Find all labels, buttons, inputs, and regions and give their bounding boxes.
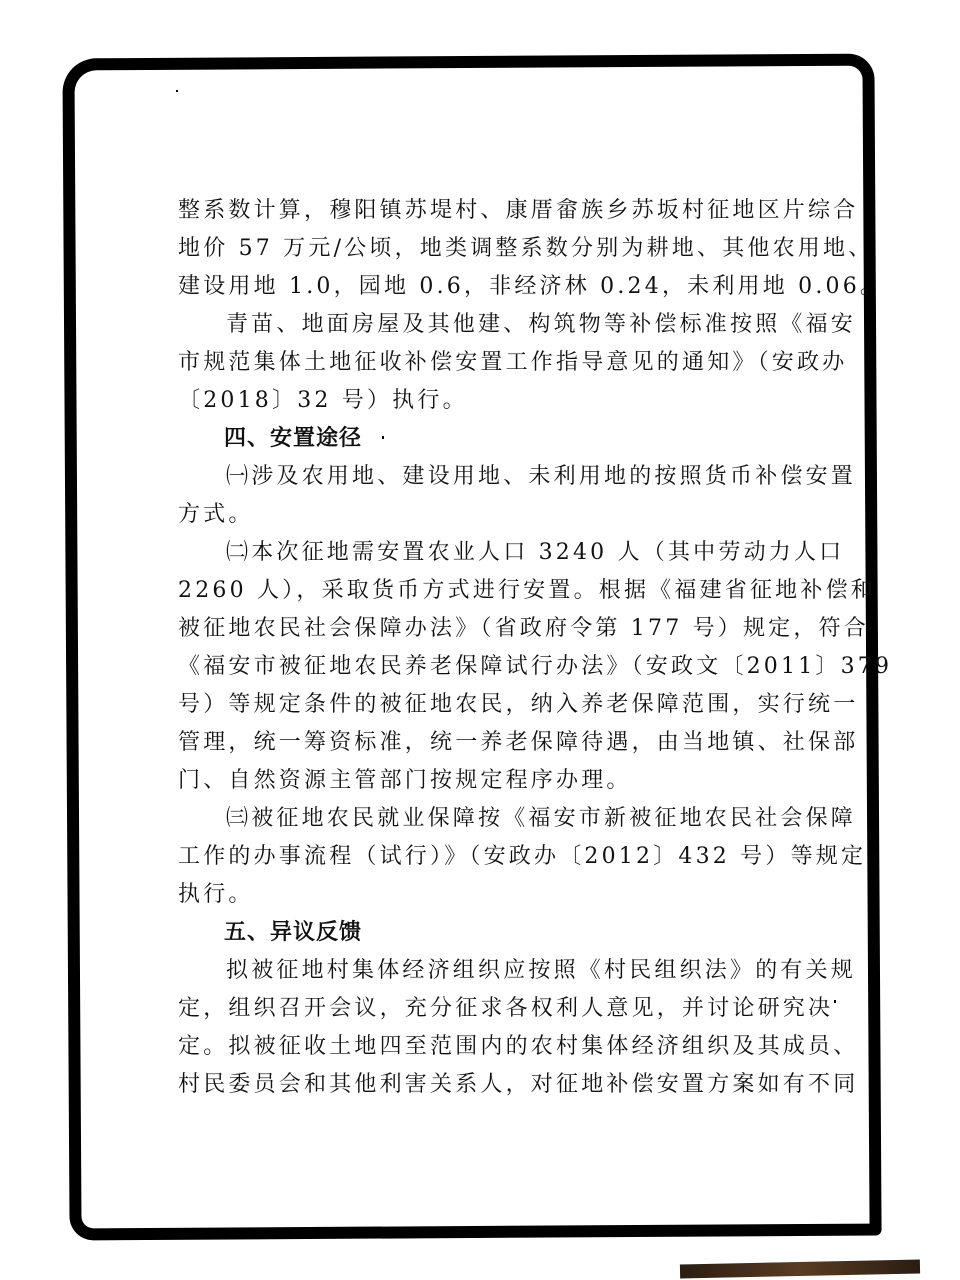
scan-speck xyxy=(834,1000,836,1003)
text-line: 工作的办事流程（试行）》（安政办〔2012〕432 号）等规定 xyxy=(178,838,828,876)
list-item-3: ㈢被征地农民就业保障按《福安市新被征地农民社会保障 xyxy=(178,800,828,838)
text-line: 管理，统一筹资标准，统一养老保障待遇，由当地镇、社保部 xyxy=(178,724,828,762)
text-line: 定，组织召开会议，充分征求各权利人意见，并讨论研究决 xyxy=(178,990,828,1028)
text-line: 《福安市被征地农民养老保障试行办法》（安政文〔2011〕379 xyxy=(178,648,828,686)
text-line: 方式。 xyxy=(178,496,828,534)
section-heading-objection-feedback: 五、异议反馈 xyxy=(178,914,828,952)
text-line: 〔2018〕32 号）执行。 xyxy=(178,382,828,420)
scan-speck xyxy=(176,90,178,92)
text-line: 门、自然资源主管部门按规定程序办理。 xyxy=(178,762,828,800)
text-line: 整系数计算，穆阳镇苏堤村、康厝畲族乡苏坂村征地区片综合 xyxy=(178,192,828,230)
text-line: 被征地农民社会保障办法》（省政府令第 177 号）规定，符合 xyxy=(178,610,828,648)
text-line: 建设用地 1.0，园地 0.6，非经济林 0.24，未利用地 0.06。 xyxy=(178,268,828,306)
text-line: 执行。 xyxy=(178,876,828,914)
document-body: 整系数计算，穆阳镇苏堤村、康厝畲族乡苏坂村征地区片综合 地价 57 万元/公顷，… xyxy=(178,192,828,1104)
list-item-1: ㈠涉及农用地、建设用地、未利用地的按照货币补偿安置 xyxy=(178,458,828,496)
text-line: 村民委员会和其他利害关系人，对征地补偿安置方案如有不同 xyxy=(178,1066,828,1104)
list-item-2: ㈡本次征地需安置农业人口 3240 人（其中劳动力人口 xyxy=(178,534,828,572)
text-line: 地价 57 万元/公顷，地类调整系数分别为耕地、其他农用地、 xyxy=(178,230,828,268)
paragraph-start: 拟被征地村集体经济组织应按照《村民组织法》的有关规 xyxy=(178,952,828,990)
scan-edge-shadow xyxy=(680,1259,920,1278)
section-heading-resettlement: 四、安置途径 xyxy=(178,420,828,458)
text-line: 市规范集体土地征收补偿安置工作指导意见的通知》（安政办 xyxy=(178,344,828,382)
text-line: 2260 人），采取货币方式进行安置。根据《福建省征地补偿和 xyxy=(178,572,828,610)
text-line: 号）等规定条件的被征地农民，纳入养老保障范围，实行统一 xyxy=(178,686,828,724)
paragraph-start: 青苗、地面房屋及其他建、构筑物等补偿标准按照《福安 xyxy=(178,306,828,344)
text-line: 定。拟被征收土地四至范围内的农村集体经济组织及其成员、 xyxy=(178,1028,828,1066)
